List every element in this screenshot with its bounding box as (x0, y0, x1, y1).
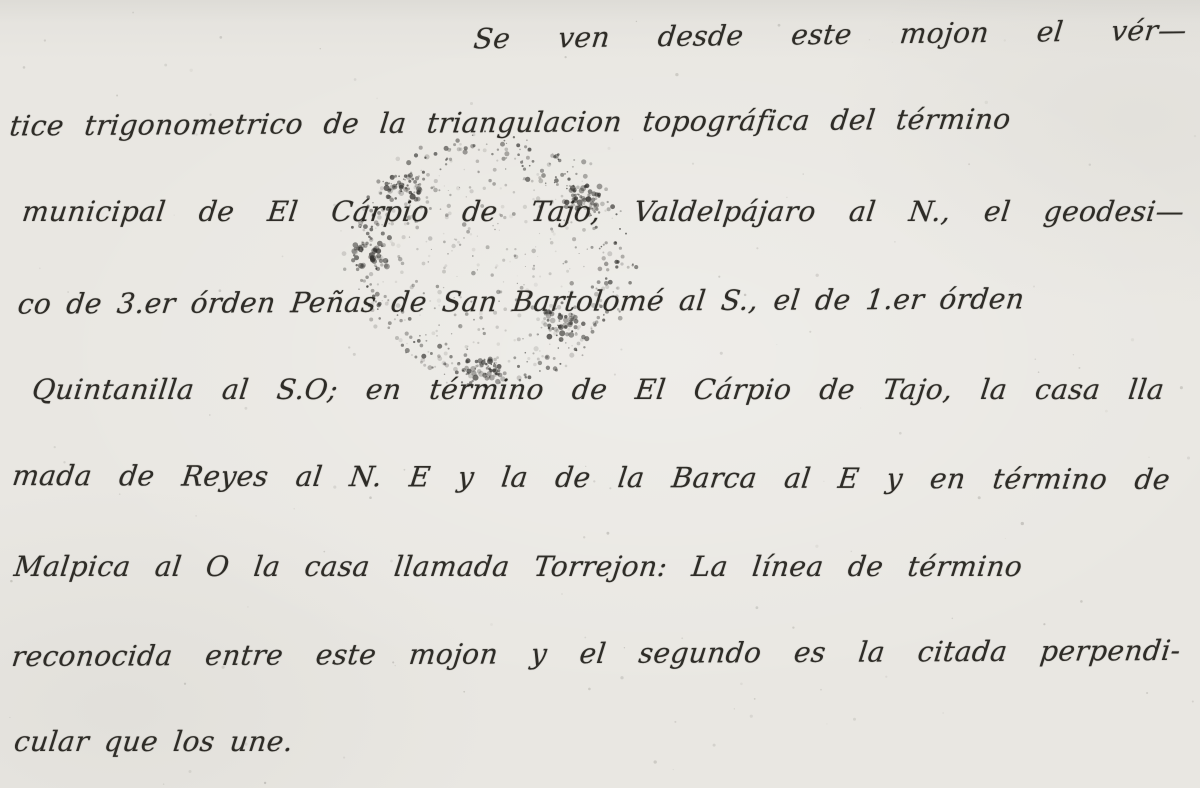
manuscript-line: cular que los une. (11, 721, 296, 767)
manuscript-line: mada de Reyes al N. E y la de la Barca a… (9, 455, 1172, 505)
manuscript-line: Malpica al O la casa llamada Torrejon: L… (11, 546, 1025, 592)
manuscript-line: Quintanilla al S.O; en término de El Cár… (29, 369, 1167, 415)
manuscript-line: municipal de El Cárpio de Tajo, Valdelpá… (19, 191, 1187, 237)
ink-stamp (333, 128, 653, 396)
manuscript-line: tice trigonometrico de la triangulacion … (7, 99, 1013, 152)
manuscript-page: Se ven desde este mojon el vér— tice tri… (0, 0, 1200, 788)
manuscript-line: Se ven desde este mojon el vér— (471, 10, 1189, 65)
manuscript-line: reconocida entre este mojon y el segundo… (9, 630, 1183, 682)
manuscript-line: co de 3.er órden Peñas de San Bartolomé … (15, 278, 1025, 329)
